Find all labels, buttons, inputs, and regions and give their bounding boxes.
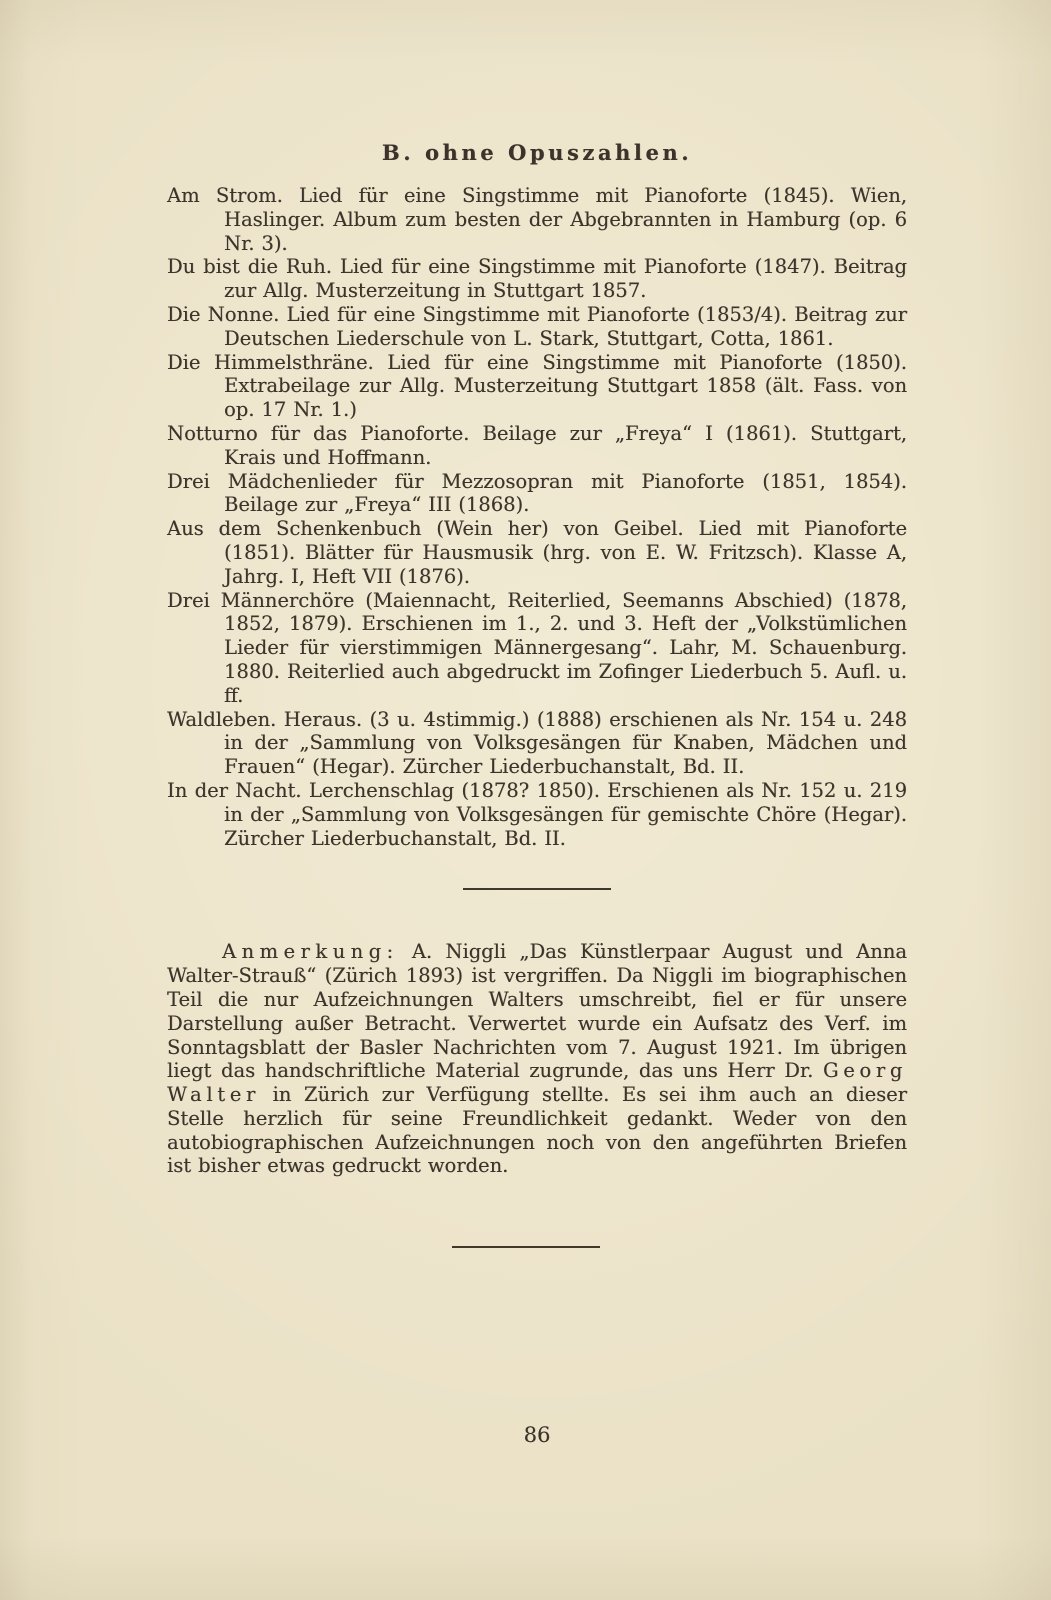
- note-paragraph: Anmerkung: A. Niggli „Das Künstlerpaar A…: [167, 940, 907, 1178]
- work-entry: Am Strom. Lied für eine Singstimme mit P…: [167, 184, 907, 255]
- work-entry: In der Nacht. Lerchenschlag (1878? 1850)…: [167, 779, 907, 850]
- work-entry: Drei Mädchenlieder für Mezzosopran mit P…: [167, 470, 907, 518]
- works-list: Am Strom. Lied für eine Singstimme mit P…: [167, 184, 907, 850]
- note-text-2: in Zürich zur Verfügung stellte. Es sei …: [167, 1083, 907, 1177]
- work-entry: Notturno für das Pianoforte. Beilage zur…: [167, 422, 907, 470]
- work-entry: Du bist die Ruh. Lied für eine Singstimm…: [167, 255, 907, 303]
- section-heading: B. ohne Opuszahlen.: [167, 140, 907, 166]
- book-page: B. ohne Opuszahlen. Am Strom. Lied für e…: [0, 0, 1051, 1600]
- work-entry: Drei Männerchöre (Maiennacht, Reiterlied…: [167, 589, 907, 708]
- work-entry: Waldleben. Heraus. (3 u. 4stimmig.) (188…: [167, 708, 907, 779]
- work-entry: Die Nonne. Lied für eine Singstimme mit …: [167, 303, 907, 351]
- work-entry: Die Himmelsthräne. Lied für eine Singsti…: [167, 351, 907, 422]
- work-entry: Aus dem Schenkenbuch (Wein her) von Geib…: [167, 517, 907, 588]
- note-label: Anmerkung:: [222, 940, 399, 963]
- text-block: B. ohne Opuszahlen. Am Strom. Lied für e…: [167, 140, 907, 1178]
- divider: [463, 888, 611, 890]
- divider: [452, 1246, 600, 1248]
- page-number: 86: [524, 1423, 551, 1447]
- page-number-row: 86: [167, 1422, 907, 1448]
